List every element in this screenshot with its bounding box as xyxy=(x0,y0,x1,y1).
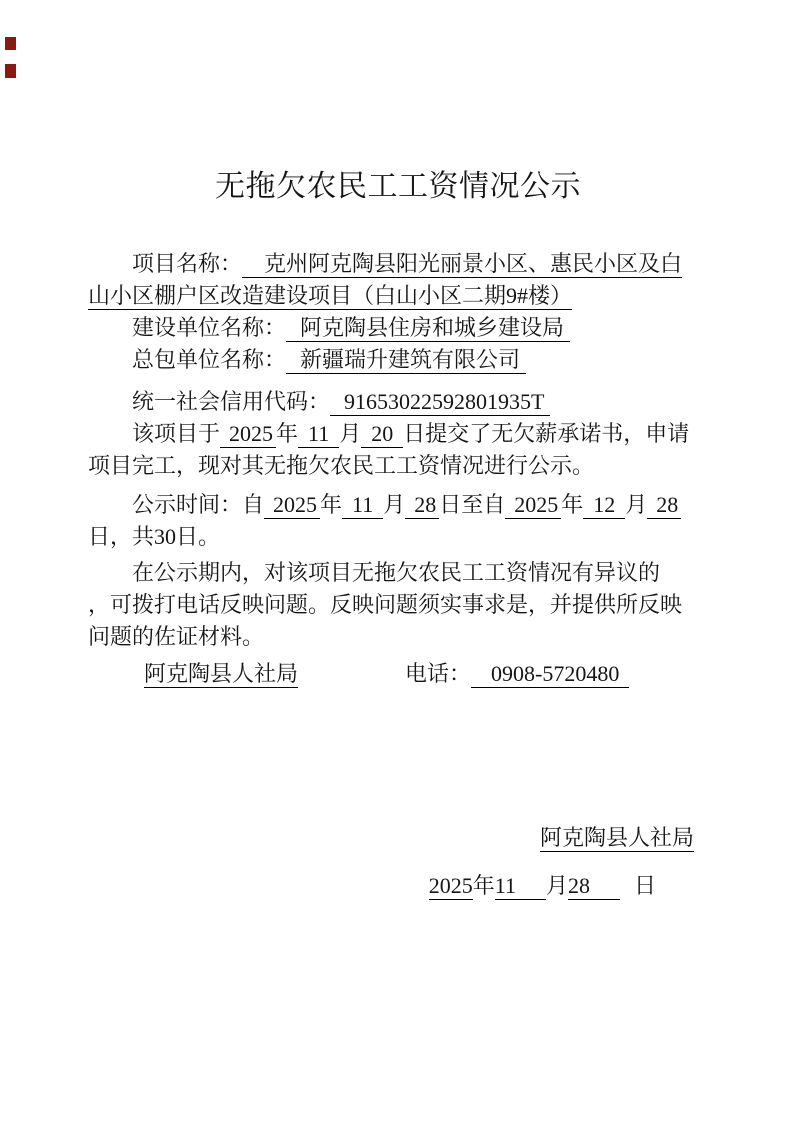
contractor-name-value: 新疆瑞升建筑有限公司 xyxy=(286,347,526,374)
signature-year: 2025 xyxy=(429,873,473,900)
objection-line2: ，可拨打电话反映问题。反映问题须实事求是，并提供所反映 xyxy=(88,592,682,617)
red-annotation-mark xyxy=(5,64,16,78)
publicity-start-year: 2025 xyxy=(264,492,320,519)
notice-document-page: 无拖欠农民工工资情况公示 项目名称：克州阿克陶县阳光丽景小区、惠民小区及白山小区… xyxy=(0,0,793,1122)
publicity-start-month: 11 xyxy=(342,492,383,519)
submission-day: 20 xyxy=(361,421,403,448)
signature-day: 28 xyxy=(568,873,620,900)
project-name-value-line1: 克州阿克陶县阳光丽景小区、惠民小区及白 xyxy=(242,251,682,278)
submission-text-line2: 项目完工，现对其无拖欠农民工工资情况进行公示。 xyxy=(88,453,594,478)
credit-code-label: 统一社会信用代码： xyxy=(132,389,330,414)
contractor-name-row: 总包单位名称：新疆瑞升建筑有限公司 xyxy=(88,344,708,376)
month-unit: 月 xyxy=(383,492,405,517)
month-unit: 月 xyxy=(546,873,568,898)
publicity-end-year: 2025 xyxy=(505,492,561,519)
objection-line3: 问题的佐证材料。 xyxy=(88,624,264,649)
document-title: 无拖欠农民工工资情况公示 xyxy=(88,166,708,208)
submission-text: 日提交了无欠薪承诺书，申请 xyxy=(403,421,689,446)
signature-date-row: 2025年11月28日 xyxy=(88,870,708,902)
publicity-period-paragraph: 公示时间：自2025年11月28日至自2025年12月28日，共30日。 xyxy=(88,489,708,553)
day-unit: 日 xyxy=(634,873,656,898)
year-unit: 年 xyxy=(473,873,495,898)
contact-row: 阿克陶县人社局电话：0908-5720480 xyxy=(88,658,708,690)
publicity-start-day: 28 xyxy=(405,492,439,519)
year-unit: 年 xyxy=(320,492,342,517)
contractor-name-label: 总包单位名称： xyxy=(132,347,286,372)
publicity-prefix: 公示时间：自 xyxy=(132,492,264,517)
credit-code-value: 91653022592801935T xyxy=(330,389,550,416)
project-name-label: 项目名称： xyxy=(132,251,242,276)
month-unit: 月 xyxy=(339,421,361,446)
project-name-row: 项目名称：克州阿克陶县阳光丽景小区、惠民小区及白山小区棚户区改造建设项目（白山小… xyxy=(88,248,708,312)
builder-name-label: 建设单位名称： xyxy=(132,315,286,340)
month-unit: 月 xyxy=(625,492,647,517)
submission-year: 2025 xyxy=(220,421,276,448)
phone-number: 0908-5720480 xyxy=(471,661,629,688)
builder-name-row: 建设单位名称：阿克陶县住房和城乡建设局 xyxy=(88,312,708,344)
document-content: 无拖欠农民工工资情况公示 项目名称：克州阿克陶县阳光丽景小区、惠民小区及白山小区… xyxy=(88,0,708,902)
signature-agency-row: 阿克陶县人社局 xyxy=(88,822,708,854)
red-annotation-mark xyxy=(5,37,16,50)
year-unit: 年 xyxy=(561,492,583,517)
publicity-mid: 日至自 xyxy=(439,492,505,517)
phone-label: 电话： xyxy=(405,661,471,686)
objection-paragraph: 在公示期内，对该项目无拖欠农民工工资情况有异议的，可拨打电话反映问题。反映问题须… xyxy=(88,557,708,653)
project-name-value-line2: 山小区棚户区改造建设项目（白山小区二期9#楼） xyxy=(88,283,572,310)
publicity-end-day: 28 xyxy=(647,492,681,519)
contact-agency: 阿克陶县人社局 xyxy=(144,661,298,688)
signature-month: 11 xyxy=(495,873,546,900)
publicity-duration: 日，共30日。 xyxy=(88,524,220,549)
objection-line1: 在公示期内，对该项目无拖欠农民工工资情况有异议的 xyxy=(132,560,660,585)
year-unit: 年 xyxy=(276,421,298,446)
submission-month: 11 xyxy=(298,421,339,448)
credit-code-row: 统一社会信用代码：91653022592801935T xyxy=(88,386,708,418)
builder-name-value: 阿克陶县住房和城乡建设局 xyxy=(286,315,570,342)
submission-paragraph: 该项目于2025年11月20日提交了无欠薪承诺书，申请项目完工，现对其无拖欠农民… xyxy=(88,418,708,482)
submission-prefix: 该项目于 xyxy=(132,421,220,446)
publicity-end-month: 12 xyxy=(583,492,625,519)
signature-agency: 阿克陶县人社局 xyxy=(540,825,694,852)
